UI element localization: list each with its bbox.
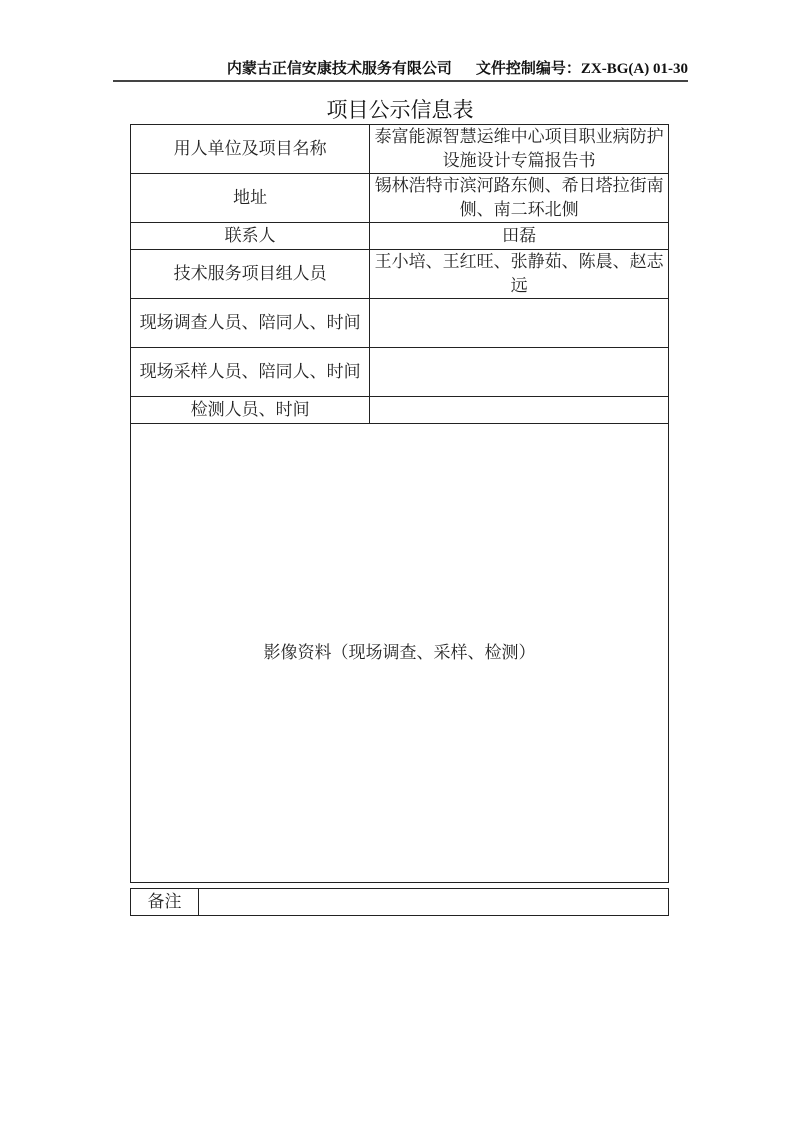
file-code-label: 文件控制编号：	[476, 59, 581, 77]
table-row-image-materials: 影像资料（现场调查、采样、检测）	[131, 424, 669, 883]
table-row-detection: 检测人员、时间	[131, 397, 669, 424]
table-row-site-survey: 现场调查人员、陪同人、时间	[131, 299, 669, 348]
company-name: 内蒙古正信安康技术服务有限公司	[227, 59, 452, 77]
notes-table: 备注	[130, 888, 669, 916]
table-row-address: 地址 锡林浩特市滨河路东侧、希日塔拉街南侧、南二环北侧	[131, 174, 669, 223]
page-header: 内蒙古正信安康技术服务有限公司文件控制编号：ZX-BG(A) 01-30	[113, 58, 688, 82]
row-label: 用人单位及项目名称	[131, 125, 370, 174]
notes-label: 备注	[131, 889, 199, 916]
row-value	[370, 299, 669, 348]
row-label: 现场调查人员、陪同人、时间	[131, 299, 370, 348]
project-info-table: 用人单位及项目名称 泰富能源智慧运维中心项目职业病防护设施设计专篇报告书 地址 …	[130, 124, 669, 883]
notes-value	[199, 889, 669, 916]
table-row-site-sampling: 现场采样人员、陪同人、时间	[131, 348, 669, 397]
row-label: 联系人	[131, 223, 370, 250]
row-label: 检测人员、时间	[131, 397, 370, 424]
document-title: 项目公示信息表	[0, 97, 800, 123]
table-row-notes: 备注	[131, 889, 669, 916]
row-value: 田磊	[370, 223, 669, 250]
table-row-project-name: 用人单位及项目名称 泰富能源智慧运维中心项目职业病防护设施设计专篇报告书	[131, 125, 669, 174]
file-code-value: ZX-BG(A) 01-30	[581, 61, 688, 77]
row-value: 王小培、王红旺、张静茹、陈晨、赵志远	[370, 250, 669, 299]
row-label: 技术服务项目组人员	[131, 250, 370, 299]
row-value	[370, 397, 669, 424]
row-label: 地址	[131, 174, 370, 223]
row-value: 锡林浩特市滨河路东侧、希日塔拉街南侧、南二环北侧	[370, 174, 669, 223]
table-row-team-members: 技术服务项目组人员 王小培、王红旺、张静茹、陈晨、赵志远	[131, 250, 669, 299]
row-value: 泰富能源智慧运维中心项目职业病防护设施设计专篇报告书	[370, 125, 669, 174]
image-materials-title: 影像资料（现场调查、采样、检测）	[133, 640, 666, 666]
row-value	[370, 348, 669, 397]
row-label: 现场采样人员、陪同人、时间	[131, 348, 370, 397]
image-materials-cell: 影像资料（现场调查、采样、检测）	[131, 424, 669, 883]
table-row-contact: 联系人 田磊	[131, 223, 669, 250]
